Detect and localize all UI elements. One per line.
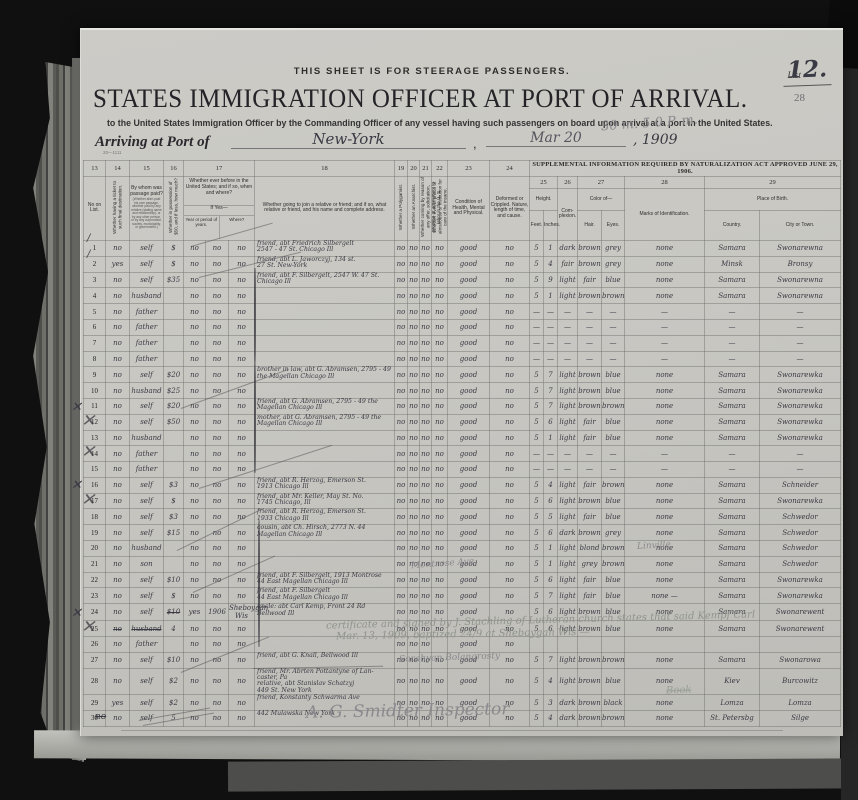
- cell-u3: no: [229, 493, 255, 509]
- cell-n: 9: [84, 367, 106, 383]
- cell-j: [255, 556, 395, 572]
- cell-hr: brown: [578, 695, 602, 711]
- manifest-row: 19noself$15nononocousin, abt Ch. Hirsch,…: [84, 525, 841, 541]
- cell-q4: no: [432, 509, 448, 525]
- cell-j: brother in law, abt G. Abramsen, 2795 - …: [255, 367, 395, 383]
- cell-m: none: [625, 414, 705, 430]
- comma: ,: [473, 136, 477, 151]
- cell-a: $: [164, 256, 184, 272]
- cell-hr: brown: [578, 256, 602, 272]
- cell-n: 6: [84, 319, 106, 335]
- cell-j: friend, abt G. Abramsen, 2795 - 49 the M…: [255, 398, 395, 414]
- cell-q2: no: [408, 414, 420, 430]
- cell-ci: Burcowitz: [760, 668, 841, 695]
- col-label-18: Whether going to join a relative or frie…: [255, 176, 395, 240]
- cell-f: 5: [530, 572, 544, 588]
- manifest-row: 26nofathernonononononogoodno: [84, 637, 841, 653]
- cell-u1: no: [184, 335, 206, 351]
- col-num-21: 21: [420, 161, 432, 177]
- cell-m: none: [625, 493, 705, 509]
- cell-c: dark: [558, 695, 578, 711]
- cell-d: no: [490, 240, 530, 256]
- cell-u3: no: [229, 398, 255, 414]
- cell-h: good: [448, 430, 490, 446]
- cell-i: —: [544, 319, 558, 335]
- cell-q3: no: [420, 572, 432, 588]
- cell-q1: no: [395, 604, 408, 621]
- cell-i: 6: [544, 621, 558, 637]
- cell-q4: no: [432, 446, 448, 462]
- cell-m: none: [625, 477, 705, 493]
- cell-d: no: [490, 398, 530, 414]
- cell-q4: no: [432, 319, 448, 335]
- cell-t: no: [106, 572, 130, 588]
- cell-f: 5: [530, 398, 544, 414]
- manifest-row: 20nohusbandnononononononogoodno51lightbl…: [84, 541, 841, 557]
- cell-i: —: [544, 335, 558, 351]
- cell-co: Samara: [705, 621, 760, 637]
- cell-ci: [760, 637, 841, 653]
- cell-a: $: [164, 588, 184, 604]
- cell-j: friend, abt F. Silbergelt, 1913 Montrose…: [255, 572, 395, 588]
- cell-hr: brown: [578, 493, 602, 509]
- cell-u2: no: [206, 367, 229, 383]
- col-num-28: 28: [625, 176, 705, 188]
- cell-e: —: [602, 351, 625, 367]
- cell-u1: no: [184, 272, 206, 288]
- manifest-row: 17✕noself$nononofriend, abt Mr. Keller, …: [84, 493, 841, 509]
- cell-hr: brown: [578, 240, 602, 256]
- cell-p: self: [130, 509, 164, 525]
- cell-u2: no: [206, 477, 229, 493]
- cell-u2: no: [206, 319, 229, 335]
- col-label-23: Condition of Health, Mental and Physical…: [448, 176, 490, 240]
- cell-ci: Schwedor: [760, 541, 841, 557]
- cell-q4: no: [432, 335, 448, 351]
- cell-hr: —: [578, 351, 602, 367]
- cell-m: none: [625, 509, 705, 525]
- cell-p: self: [130, 572, 164, 588]
- cell-a: [164, 319, 184, 335]
- cell-a: [164, 430, 184, 446]
- cell-h: good: [448, 256, 490, 272]
- cell-u1: no: [184, 541, 206, 557]
- cell-h: good: [448, 604, 490, 621]
- cell-i: 7: [544, 383, 558, 399]
- cell-ci: Swonarewka: [760, 383, 841, 399]
- cell-q4: no: [432, 621, 448, 637]
- cell-q2: no: [408, 604, 420, 621]
- manifest-row: 7nofathernononononononogoodno————————: [84, 335, 841, 351]
- cell-q3: no: [420, 288, 432, 304]
- manifest-row: 24noself$10yes1906Sheboygan Wisuncle: ab…: [84, 604, 841, 621]
- cell-m: —: [625, 304, 705, 320]
- cell-q4: no: [432, 288, 448, 304]
- cell-h: good: [448, 652, 490, 668]
- cell-i: 6: [544, 604, 558, 621]
- cell-j: 442 Mulawska New York: [255, 711, 395, 727]
- cell-co: Samara: [705, 240, 760, 256]
- cell-u1: no: [184, 240, 206, 256]
- cell-q4: no: [432, 351, 448, 367]
- col-label-eyes: Eyes.: [602, 210, 625, 240]
- cell-ci: Swonarewka: [760, 430, 841, 446]
- cell-p: husband: [130, 541, 164, 557]
- cell-ci: Swonarewka: [760, 572, 841, 588]
- cell-m: none: [625, 367, 705, 383]
- cell-u1: no: [184, 414, 206, 430]
- cell-i: 6: [544, 493, 558, 509]
- cell-a: $2: [164, 668, 184, 695]
- col-17-subs: Year or period of years. Where?: [184, 216, 254, 239]
- cell-u3: no: [229, 462, 255, 478]
- cell-e: —: [602, 319, 625, 335]
- cell-e: grey: [602, 256, 625, 272]
- cell-m: none: [625, 383, 705, 399]
- cell-j: mother, abt G. Abramsen, 2795 - 49 the M…: [255, 414, 395, 430]
- cell-q1: no: [395, 493, 408, 509]
- cell-n: 30: [84, 711, 106, 727]
- cell-u3: no: [229, 272, 255, 288]
- cell-q3: no: [420, 240, 432, 256]
- cell-u1: no: [184, 509, 206, 525]
- cell-j: [255, 621, 395, 637]
- cell-i: 4: [544, 668, 558, 695]
- cell-q3: no: [420, 446, 432, 462]
- cell-ci: Swonarewna: [760, 272, 841, 288]
- manifest-row: 13nohusbandnononononononogoodno51lightfa…: [84, 430, 841, 446]
- cell-t: no: [106, 288, 130, 304]
- cell-h: good: [448, 414, 490, 430]
- cell-t: no: [106, 446, 130, 462]
- table-surface-band: [228, 758, 854, 791]
- cell-co: Samara: [705, 477, 760, 493]
- manifest-row: 1noself$nononofriend, abt Friedrich Silb…: [84, 240, 841, 256]
- cell-q2: no: [408, 525, 420, 541]
- cell-f: —: [530, 446, 544, 462]
- cell-ci: Bronsy: [760, 256, 841, 272]
- cell-u2: no: [206, 572, 229, 588]
- cell-q4: no: [432, 272, 448, 288]
- cell-p: husband: [130, 621, 164, 637]
- cell-u2: no: [206, 493, 229, 509]
- cell-j: friend, abt F. Silbergelt 44 East Magell…: [255, 588, 395, 604]
- cell-m: none —: [625, 588, 705, 604]
- cell-u3: no: [229, 541, 255, 557]
- cell-q4: no: [432, 383, 448, 399]
- col-label-inches: Inches.: [544, 210, 558, 240]
- cell-q2: no: [408, 711, 420, 727]
- cell-hr: brown: [578, 367, 602, 383]
- cell-p: father: [130, 335, 164, 351]
- cell-ci: Schwedor: [760, 525, 841, 541]
- cell-a: $20: [164, 398, 184, 414]
- cell-h: good: [448, 525, 490, 541]
- cell-e: —: [602, 446, 625, 462]
- cell-u2: no: [206, 637, 229, 653]
- steerage-note: THIS SHEET IS FOR STEERAGE PASSENGERS.: [81, 66, 783, 77]
- cell-e: brown: [602, 288, 625, 304]
- cell-q4: no: [432, 462, 448, 478]
- manifest-row: 12✕noself$50nononomother, abt G. Abramse…: [84, 414, 841, 430]
- col-label-27: Color of—: [578, 188, 625, 210]
- cell-q1: no: [395, 367, 408, 383]
- cell-e: brown: [602, 652, 625, 668]
- cell-hr: brown: [578, 652, 602, 668]
- cell-j: friend, abt R. Herzog, Emerson St. 1913 …: [255, 477, 395, 493]
- cell-ci: Swonarewent: [760, 621, 841, 637]
- cell-u3: no: [229, 414, 255, 430]
- cell-d: no: [490, 588, 530, 604]
- cell-p: self: [130, 652, 164, 668]
- cell-m: none: [625, 525, 705, 541]
- cell-i: 3: [544, 695, 558, 711]
- cell-q2: no: [408, 240, 420, 256]
- cell-f: —: [530, 335, 544, 351]
- cell-d: no: [490, 477, 530, 493]
- cell-e: blue: [602, 668, 625, 695]
- cell-u1: no: [184, 430, 206, 446]
- cell-h: good: [448, 588, 490, 604]
- cell-h: good: [448, 556, 490, 572]
- cell-q2: no: [408, 572, 420, 588]
- cell-f: 5: [530, 383, 544, 399]
- cell-q1: no: [395, 351, 408, 367]
- cell-d: no: [490, 695, 530, 711]
- cell-q3: no: [420, 462, 432, 478]
- cell-q1: no: [395, 509, 408, 525]
- cell-a: [164, 462, 184, 478]
- cell-hr: —: [578, 462, 602, 478]
- cell-hr: brown: [578, 711, 602, 727]
- cell-q1: no: [395, 525, 408, 541]
- cell-q2: no: [408, 541, 420, 557]
- cell-f: 5: [530, 588, 544, 604]
- manifest-row: 18noself$3nononofriend, abt R. Herzog, E…: [84, 509, 841, 525]
- cell-p: self: [130, 604, 164, 621]
- cell-u2: no: [206, 525, 229, 541]
- cell-j: friend, Mr. Abrten Pottantyne of Lan- ca…: [255, 668, 395, 695]
- cell-p: father: [130, 319, 164, 335]
- cell-q4: no: [432, 556, 448, 572]
- cell-j: [255, 383, 395, 399]
- cell-u2: no: [206, 256, 229, 272]
- cell-ci: —: [760, 351, 841, 367]
- cell-a: $10: [164, 604, 184, 621]
- cell-e: [602, 637, 625, 653]
- manifest-table: 13 14 15 16 17 18 19 20 21 22 23 24 SUPP…: [83, 160, 841, 727]
- cell-q4: no: [432, 711, 448, 727]
- cell-u1: no: [184, 383, 206, 399]
- cell-a: $3: [164, 509, 184, 525]
- cell-u3: no: [229, 556, 255, 572]
- manifest-sheet: THIS SHEET IS FOR STEERAGE PASSENGERS. L…: [80, 28, 843, 736]
- cell-u2: no: [206, 430, 229, 446]
- cell-t: no: [106, 652, 130, 668]
- col-num-15: 15: [130, 161, 164, 177]
- cell-p: husband: [130, 383, 164, 399]
- cell-n: 18: [84, 509, 106, 525]
- cell-q3: no: [420, 637, 432, 653]
- cell-q2: no: [408, 319, 420, 335]
- cell-f: 5: [530, 668, 544, 695]
- cell-j: [255, 319, 395, 335]
- cell-hr: fair: [578, 588, 602, 604]
- cell-q2: no: [408, 509, 420, 525]
- col-label-14-text: Whether having a ticket to such final de…: [112, 177, 123, 237]
- cell-q2: no: [408, 272, 420, 288]
- cell-u3: no: [229, 383, 255, 399]
- cell-a: [164, 335, 184, 351]
- cell-q2: no: [408, 430, 420, 446]
- cell-u2: no: [206, 446, 229, 462]
- cell-hr: brown: [578, 525, 602, 541]
- cell-a: $: [164, 240, 184, 256]
- col-label-17: Whether ever before in the United States…: [184, 176, 255, 240]
- cell-u2: no: [206, 588, 229, 604]
- film-right-band: [841, 0, 858, 800]
- cell-hr: —: [578, 335, 602, 351]
- col-label-15-fineprint: (Whether alien paid his own passage, whe…: [130, 197, 163, 231]
- cell-j: [255, 335, 395, 351]
- cell-i: —: [544, 462, 558, 478]
- cell-m: none: [625, 288, 705, 304]
- cell-q1: no: [395, 695, 408, 711]
- cell-u3: no: [229, 335, 255, 351]
- manifest-row: 10nohusband$25nononononononogoodno57ligh…: [84, 383, 841, 399]
- cell-co: [705, 637, 760, 653]
- cell-q2: no: [408, 621, 420, 637]
- cell-q1: no: [395, 319, 408, 335]
- cell-p: father: [130, 462, 164, 478]
- cell-f: 5: [530, 272, 544, 288]
- cell-c: [558, 637, 578, 653]
- cell-ci: Schwedor: [760, 509, 841, 525]
- cell-h: good: [448, 637, 490, 653]
- cell-h: good: [448, 383, 490, 399]
- col-num-16: 16: [164, 161, 184, 177]
- col-label-20-text: Whether an Anarchist.: [411, 184, 416, 229]
- cell-h: good: [448, 695, 490, 711]
- manifest-row: 15nofathernononononononogoodno————————: [84, 462, 841, 478]
- cell-e: brown: [602, 711, 625, 727]
- cell-c: light: [558, 414, 578, 430]
- cell-j: [255, 462, 395, 478]
- cell-n: 24: [84, 604, 106, 621]
- cell-j: [255, 351, 395, 367]
- cell-q3: no: [420, 430, 432, 446]
- cell-e: —: [602, 304, 625, 320]
- cell-t: no: [106, 319, 130, 335]
- cell-c: light: [558, 383, 578, 399]
- cell-q4: no: [432, 541, 448, 557]
- cell-u1: no: [184, 477, 206, 493]
- cell-u3: no: [229, 572, 255, 588]
- manifest-row: 21nosonnononononononogoodno51lightgreybr…: [84, 556, 841, 572]
- cell-n: 27: [84, 652, 106, 668]
- cell-m: [625, 637, 705, 653]
- cell-q1: no: [395, 414, 408, 430]
- cell-e: —: [602, 335, 625, 351]
- cell-hr: brown: [578, 604, 602, 621]
- cell-q1: no: [395, 256, 408, 272]
- cell-q2: no: [408, 351, 420, 367]
- cell-n: 25✕: [84, 621, 106, 637]
- cell-e: blue: [602, 604, 625, 621]
- cell-q3: no: [420, 556, 432, 572]
- cell-f: —: [530, 319, 544, 335]
- col-17-where: Where?: [220, 216, 255, 239]
- cell-t: no: [106, 621, 130, 637]
- col-label-28: Marks of Identification.: [625, 188, 705, 240]
- cell-q4: no: [432, 668, 448, 695]
- cell-hr: brown: [578, 288, 602, 304]
- cell-p: self: [130, 711, 164, 727]
- manifest-row: 23noself$nononofriend, abt F. Silbergelt…: [84, 588, 841, 604]
- microfilm-photo: { "colors":{"ink":"#3a3a44","pencil":"#8…: [0, 0, 858, 800]
- arrival-year: , 1909: [633, 132, 678, 148]
- cell-u2: no: [206, 556, 229, 572]
- cell-ci: Lomza: [760, 695, 841, 711]
- cell-p: self: [130, 525, 164, 541]
- cell-n: 2: [84, 256, 106, 272]
- col-label-hair: Hair.: [578, 210, 602, 240]
- cell-j: [255, 430, 395, 446]
- cell-m: —: [625, 351, 705, 367]
- cell-e: brown: [602, 556, 625, 572]
- cell-q2: no: [408, 383, 420, 399]
- col-label-25: Height.: [530, 188, 558, 210]
- cell-q3: no: [420, 335, 432, 351]
- cell-i: 6: [544, 414, 558, 430]
- cell-q2: no: [408, 288, 420, 304]
- cell-q3: no: [420, 509, 432, 525]
- cell-c: light: [558, 652, 578, 668]
- cell-ci: Swonarewka: [760, 493, 841, 509]
- cell-n: 29: [84, 695, 106, 711]
- cell-i: [544, 637, 558, 653]
- cell-f: —: [530, 351, 544, 367]
- cell-f: 5: [530, 240, 544, 256]
- cell-u3: no: [229, 621, 255, 637]
- cell-co: Samara: [705, 288, 760, 304]
- cell-q2: no: [408, 304, 420, 320]
- cell-q1: no: [395, 572, 408, 588]
- cell-hr: —: [578, 446, 602, 462]
- cell-u1: no: [184, 367, 206, 383]
- cell-p: father: [130, 351, 164, 367]
- cell-u2: no: [206, 668, 229, 695]
- cell-i: 7: [544, 652, 558, 668]
- cell-q4: no: [432, 430, 448, 446]
- cell-i: 1: [544, 240, 558, 256]
- cell-i: 6: [544, 525, 558, 541]
- cell-d: no: [490, 462, 530, 478]
- cell-p: self: [130, 588, 164, 604]
- cell-a: [164, 637, 184, 653]
- cell-e: blue: [602, 272, 625, 288]
- col-label-16-text: Whether in possession of $50, and if les…: [168, 177, 179, 237]
- cell-a: [164, 288, 184, 304]
- cell-t: no: [106, 335, 130, 351]
- col-label-24: Deformed or Crippled. Nature, length of …: [490, 176, 530, 240]
- cell-q3: no: [420, 668, 432, 695]
- cell-q4: no: [432, 398, 448, 414]
- cell-q3: no: [420, 588, 432, 604]
- cell-e: blue: [602, 493, 625, 509]
- cell-q3: no: [420, 493, 432, 509]
- cell-co: Kiev: [705, 668, 760, 695]
